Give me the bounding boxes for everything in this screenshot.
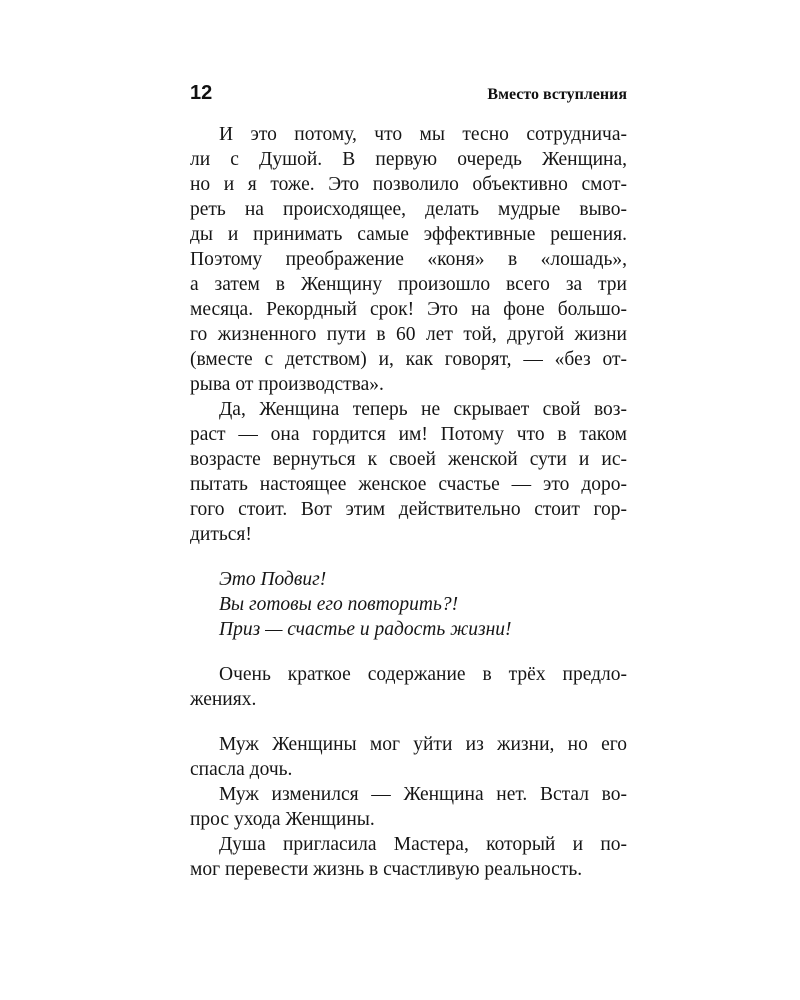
body-paragraph: И это потому, что мы тесно сотруднича-ли… xyxy=(190,122,627,397)
text-line: Муж Женщины мог уйти из жизни, но его xyxy=(190,732,627,757)
text-line: раст — она гордится им! Потому что в так… xyxy=(190,422,627,447)
text-line: реть на происходящее, делать мудрые выво… xyxy=(190,197,627,222)
text-line: (вместе с детством) и, как говорят, — «б… xyxy=(190,347,627,372)
text-line: диться! xyxy=(190,522,627,547)
text-line: Душа пригласила Мастера, который и по- xyxy=(190,832,627,857)
text-line: го жизненного пути в 60 лет той, другой … xyxy=(190,322,627,347)
page-number: 12 xyxy=(190,82,212,105)
body-paragraph: Очень краткое содержание в трёх предло-ж… xyxy=(190,662,627,712)
text-line: Поэтому преображение «коня» в «лошадь», xyxy=(190,247,627,272)
body-paragraph: Муж Женщины мог уйти из жизни, но егоспа… xyxy=(190,732,627,782)
text-line: Муж изменился — Женщина нет. Встал во- xyxy=(190,782,627,807)
text-line: Да, Женщина теперь не скрывает свой воз- xyxy=(190,397,627,422)
text-line: месяца. Рекордный срок! Это на фоне боль… xyxy=(190,297,627,322)
text-line: спасла дочь. xyxy=(190,757,627,782)
text-line: ды и принимать самые эффективные решения… xyxy=(190,222,627,247)
body-paragraph: Душа пригласила Мастера, который и по-мо… xyxy=(190,832,627,882)
page-body: И это потому, что мы тесно сотруднича-ли… xyxy=(190,122,627,882)
text-line: жениях. xyxy=(190,687,627,712)
text-line: но и я тоже. Это позволило объективно см… xyxy=(190,172,627,197)
book-page: 12 Вместо вступления И это потому, что м… xyxy=(0,0,800,1000)
text-line: пытать настоящее женское счастье — это д… xyxy=(190,472,627,497)
text-line: Очень краткое содержание в трёх предло- xyxy=(190,662,627,687)
text-line: И это потому, что мы тесно сотруднича- xyxy=(190,122,627,147)
text-line: прос ухода Женщины. xyxy=(190,807,627,832)
text-line: Вы готовы его повторить?! xyxy=(190,592,627,617)
epigraph-paragraph: Это Подвиг!Вы готовы его повторить?!Приз… xyxy=(190,567,627,642)
body-paragraph: Да, Женщина теперь не скрывает свой воз-… xyxy=(190,397,627,547)
page-header: 12 Вместо вступления xyxy=(190,82,627,105)
running-title: Вместо вступления xyxy=(487,86,627,104)
text-line: мог перевести жизнь в счастливую реально… xyxy=(190,857,627,882)
text-line: Это Подвиг! xyxy=(190,567,627,592)
text-line: Приз — счастье и радость жизни! xyxy=(190,617,627,642)
text-line: гого стоит. Вот этим действительно стоит… xyxy=(190,497,627,522)
body-paragraph: Муж изменился — Женщина нет. Встал во-пр… xyxy=(190,782,627,832)
text-line: возрасте вернуться к своей женской сути … xyxy=(190,447,627,472)
text-line: ли с Душой. В первую очередь Женщина, xyxy=(190,147,627,172)
text-line: рыва от производства». xyxy=(190,372,627,397)
text-line: а затем в Женщину произошло всего за три xyxy=(190,272,627,297)
